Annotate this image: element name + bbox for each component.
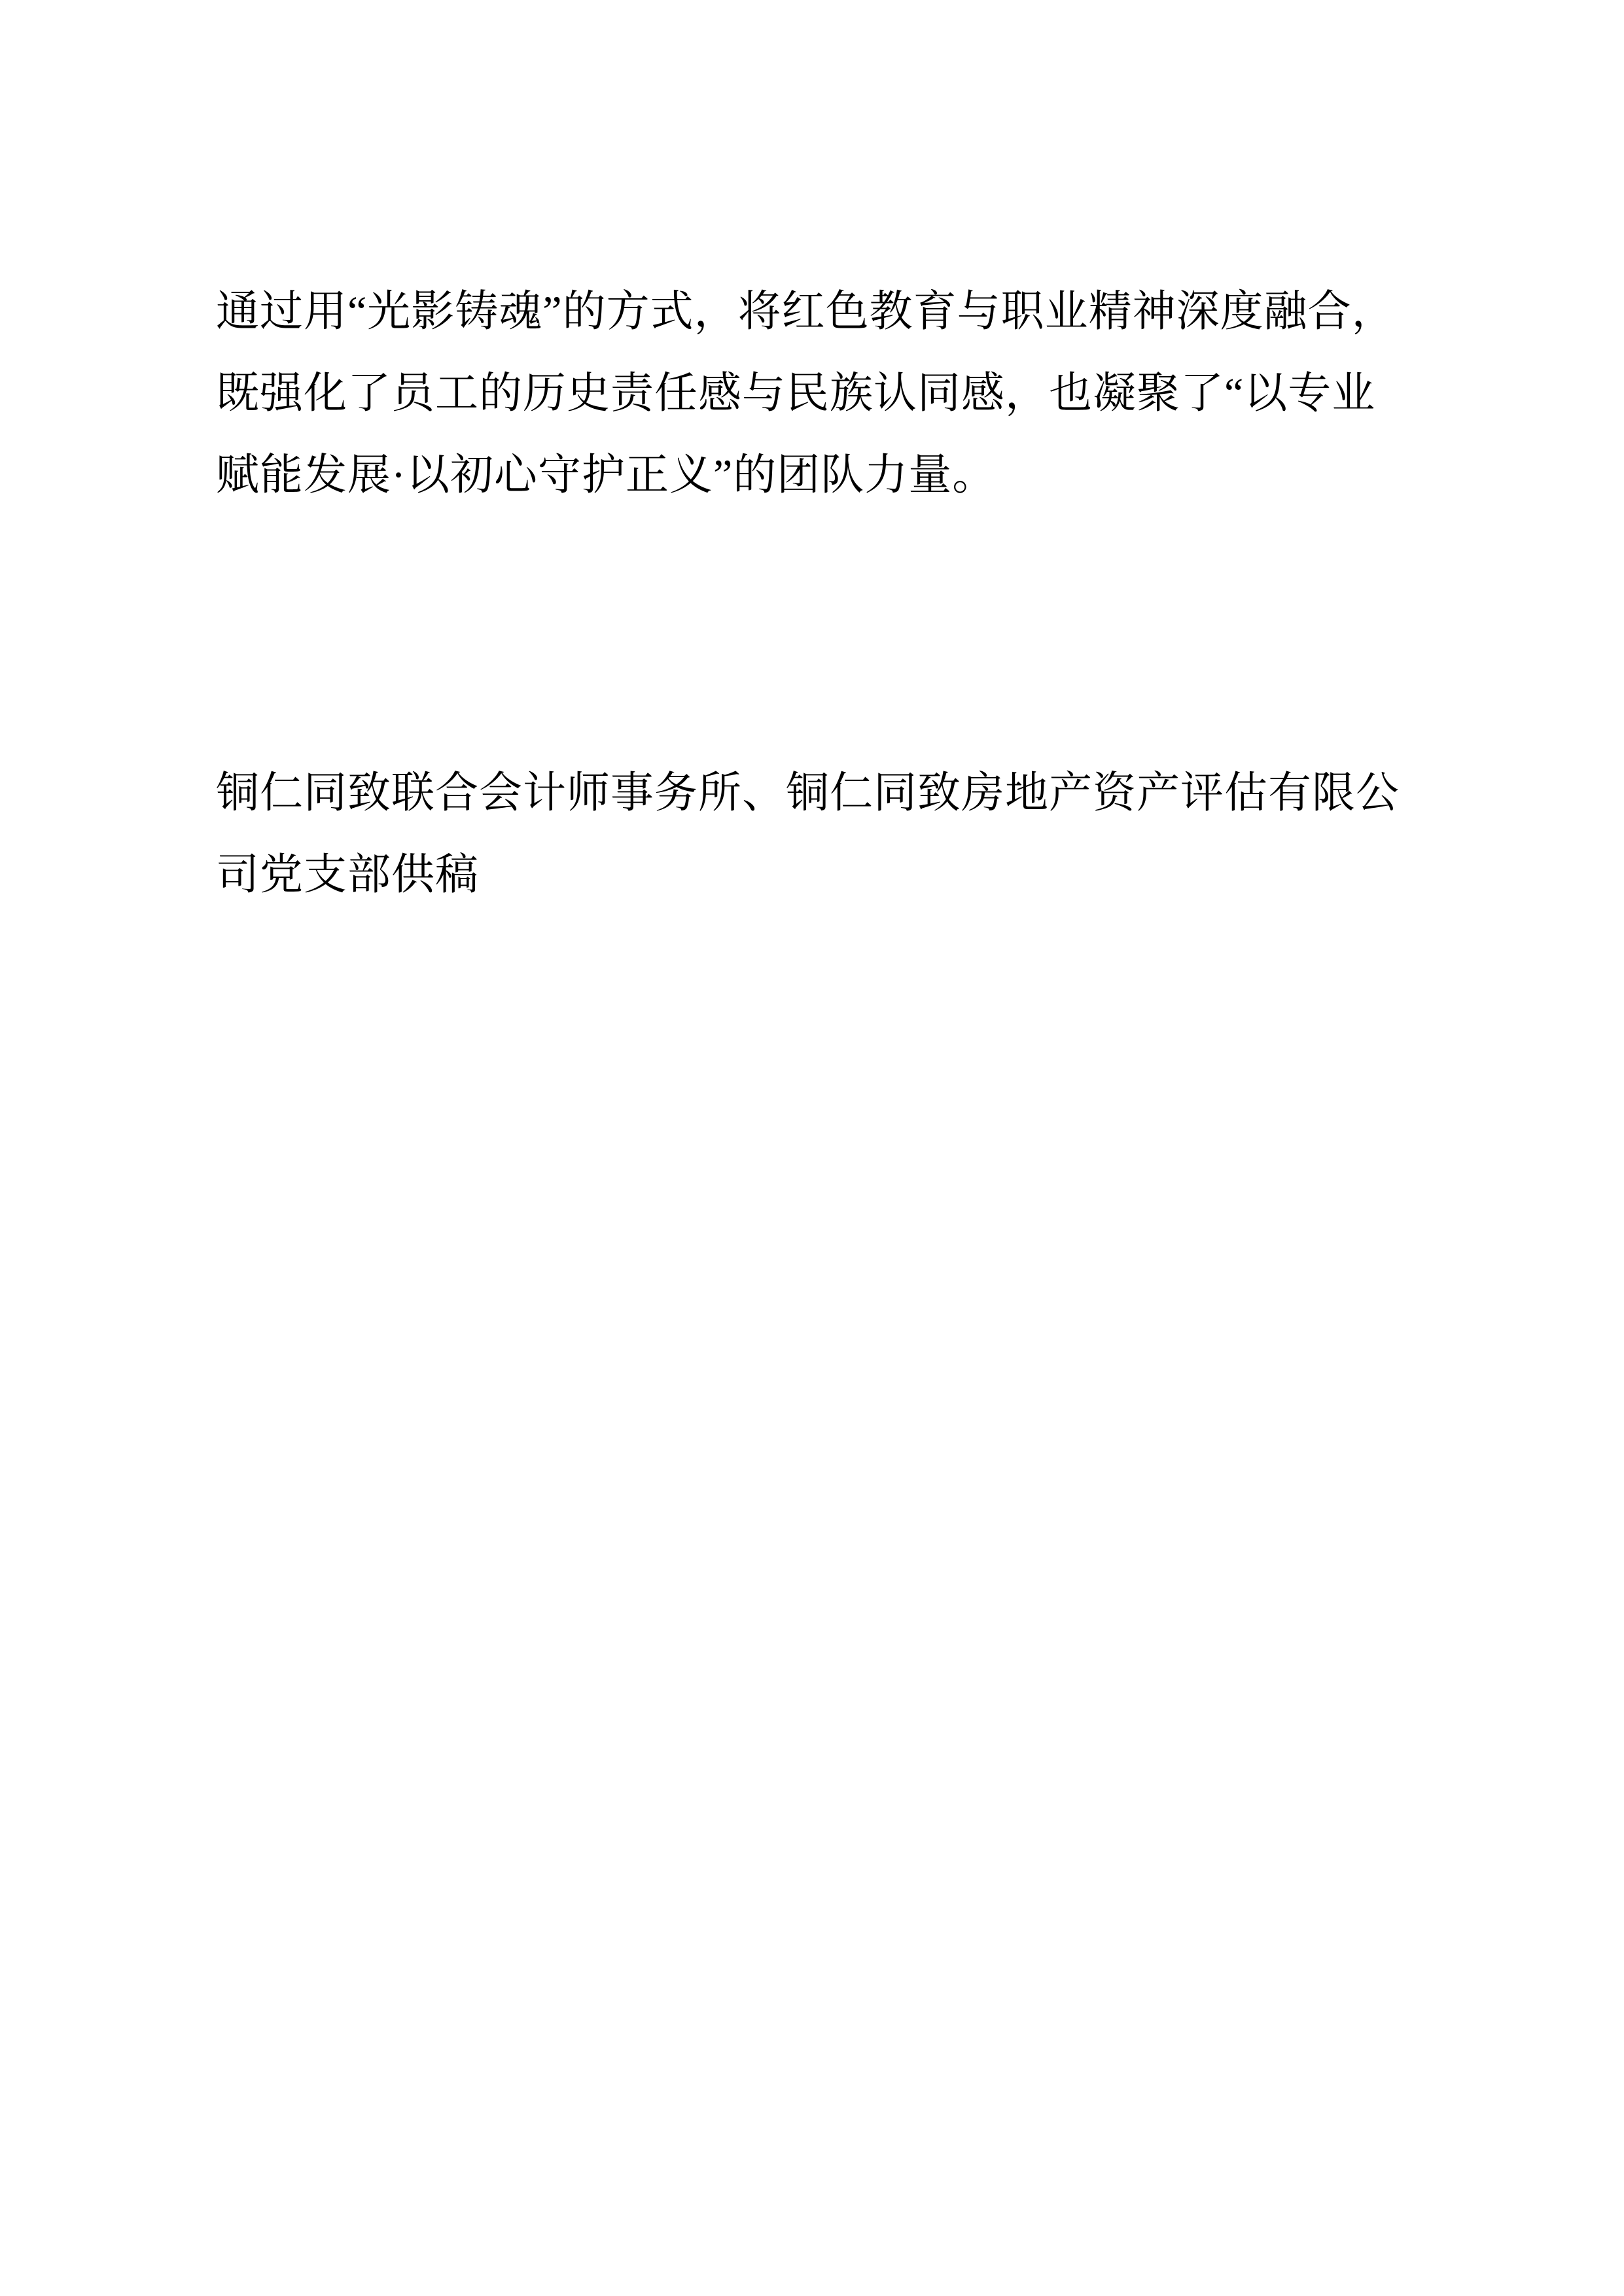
attribution-paragraph-line-1: 铜仁同致联合会计师事务所、铜仁同致房地产资产评估有限公 <box>216 752 1446 834</box>
body-paragraph-line-3: 赋能发展·以初心守护正义”的团队力量。 <box>216 434 1446 516</box>
attribution-paragraph-line-2: 司党支部供稿 <box>216 834 1446 916</box>
body-paragraph-line-1: 通过用“光影铸魂”的方式，将红色教育与职业精神深度融合， <box>216 271 1446 353</box>
document-page: 通过用“光影铸魂”的方式，将红色教育与职业精神深度融合， 既强化了员工的历史责任… <box>0 0 1624 2296</box>
attribution-paragraph: 铜仁同致联合会计师事务所、铜仁同致房地产资产评估有限公 司党支部供稿 <box>216 752 1446 916</box>
body-paragraph: 通过用“光影铸魂”的方式，将红色教育与职业精神深度融合， 既强化了员工的历史责任… <box>216 271 1446 516</box>
body-paragraph-line-2: 既强化了员工的历史责任感与民族认同感，也凝聚了“以专业 <box>216 353 1446 434</box>
